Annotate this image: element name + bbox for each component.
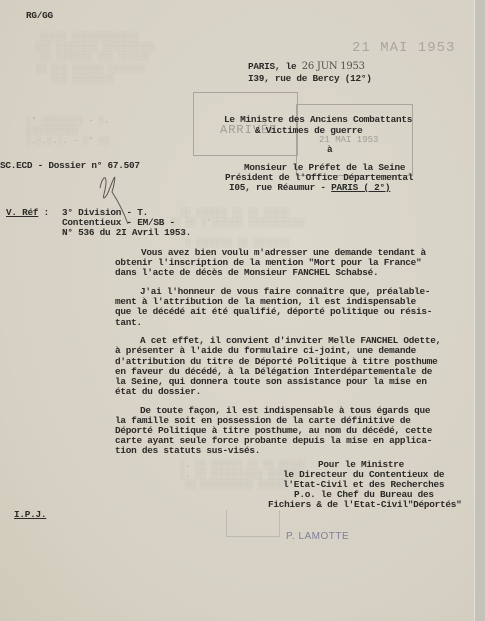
to-marker: à: [327, 145, 332, 155]
signature-line-5: Fichiers & de l'Etat-Civil"Déportés": [268, 500, 462, 510]
faint-stamp: [226, 510, 280, 537]
signatory-name-stamp: P. LAMOTTE: [286, 531, 349, 542]
reference-initials: RG/GG: [26, 11, 53, 21]
sender-address: I39, rue de Bercy (12°): [248, 74, 372, 84]
sender-line-1: Le Ministre des Anciens Combattants: [224, 115, 412, 125]
recipient-city: PARIS ( 2°): [331, 182, 390, 193]
enclosure-marker: I.P.J.: [14, 510, 46, 520]
paragraph-4-line-5: tion des statuts sus-visés.: [115, 446, 260, 456]
paragraph-2-line-3: que le décédé ait été qualifié, déporté …: [115, 307, 432, 317]
city: PARIS, le: [248, 61, 296, 72]
paragraph-2-line-4: tant.: [115, 318, 142, 328]
recipient-line-3: I05, rue Réaumur - PARIS ( 2°): [229, 183, 390, 193]
paragraph-1-line-3: dans l'acte de décès de Monsieur FANCHEL…: [115, 268, 378, 278]
place-date: PARIS, le 26 JUN 1953: [248, 62, 302, 72]
ghost-text: ░░░░░ ░░░░░░░░░░░░░ ░░░ ░░░░░░░░ ░░░░░░░…: [30, 32, 155, 62]
sender-line-2: & Victimes de guerre: [255, 126, 363, 136]
paragraph-3-line-6: état du dossier.: [115, 387, 201, 397]
reference-line-3: N° 536 du 2I Avril 1953.: [62, 228, 191, 238]
received-date-stamp: 21 MAI 1953: [352, 40, 455, 56]
page-edge: [474, 0, 485, 621]
reference-label: V. Réf :: [6, 208, 49, 218]
letter-page: ░░░░░ ░░░░░░░░░░░░░ ░░░ ░░░░░░░░ ░░░░░░░…: [0, 0, 475, 621]
ghost-text: ░° ░░░░░░░░ - ░. ░░░░░░░░░░ ░.░.░.░. - ░…: [26, 116, 109, 146]
date-stamp: 26 JUN 1953: [302, 62, 365, 72]
paragraph-3-line-2: à présenter à l'aide du formulaire ci-jo…: [115, 346, 416, 356]
ghost-text: ░░ ░░░ ░░░░░░ ░░░░░░░ ░░░ ░░░░░░░░: [36, 64, 145, 84]
